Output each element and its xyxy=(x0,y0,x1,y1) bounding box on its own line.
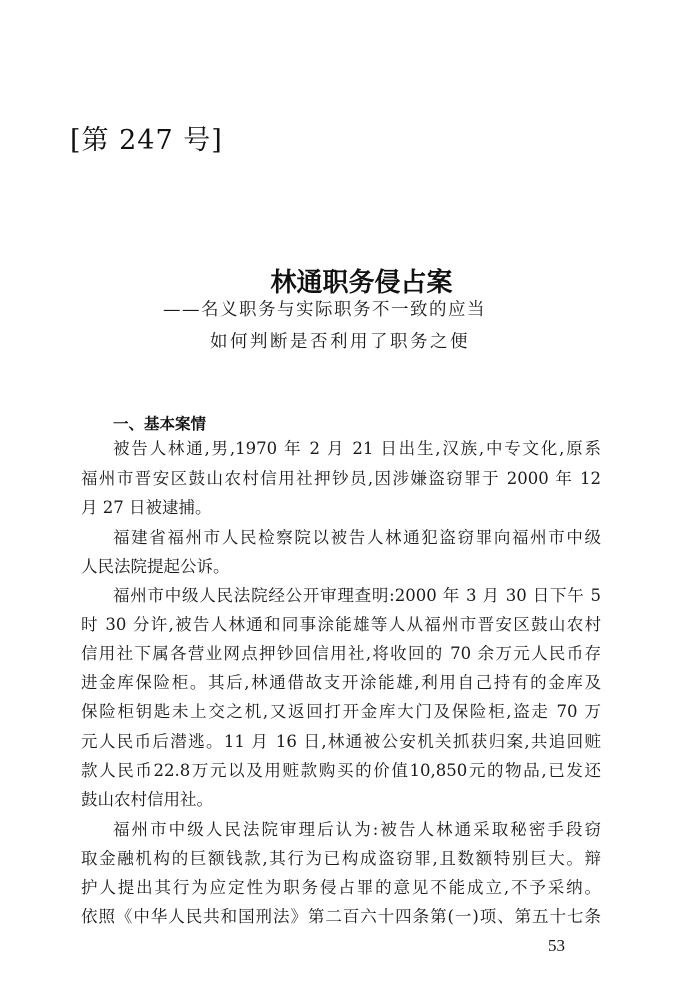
body-line: 福州市中级人民法院审理后认为:被告人林通采取秘密手段窃 xyxy=(113,819,601,841)
subtitle-line-2: 如何判断是否利用了职务之便 xyxy=(210,328,470,353)
body-line: 信用社下属各营业网点押钞回信用社,将收回的 70 余万元人民币存 xyxy=(81,643,601,665)
case-number: [第 247 号] xyxy=(70,118,223,157)
page-number: 53 xyxy=(548,936,565,956)
section-heading: 一、基本案情 xyxy=(113,412,206,434)
body-line: 福州市中级人民法院经公开审理查明:2000 年 3 月 30 日下午 5 xyxy=(113,585,601,607)
body-line: 福建省福州市人民检察院以被告人林通犯盗窃罪向福州市中级 xyxy=(113,527,601,549)
body-line: 人民法院提起公诉。 xyxy=(81,556,601,578)
body-line: 福州市晋安区鼓山农村信用社押钞员,因涉嫌盗窃罪于 2000 年 12 xyxy=(81,468,601,490)
body-line: 被告人林通,男,1970 年 2 月 21 日出生,汉族,中专文化,原系 xyxy=(113,438,601,460)
body-line: 进金库保险柜。其后,林通借故支开涂能雄,利用自己持有的金库及 xyxy=(81,672,601,694)
body-line: 鼓山农村信用社。 xyxy=(81,789,601,811)
body-line: 元人民币后潜逃。11 月 16 日,林通被公安机关抓获归案,共追回赃 xyxy=(81,731,601,753)
body-line: 护人提出其行为应定性为职务侵占罪的意见不能成立,不予采纳。 xyxy=(81,877,601,899)
subtitle-line-1: ——名义职务与实际职务不一致的应当 xyxy=(163,296,486,321)
body-line: 时 30 分许,被告人林通和同事涂能雄等人从福州市晋安区鼓山农村 xyxy=(81,614,601,636)
body-line: 保险柜钥匙未上交之机,又返回打开金库大门及保险柜,盗走 70 万 xyxy=(81,701,601,723)
body-line: 取金融机构的巨额钱款,其行为已构成盗窃罪,且数额特别巨大。辩 xyxy=(81,848,601,870)
case-title: 林通职务侵占案 xyxy=(0,262,683,299)
body-line: 款人民币22.8万元以及用赃款购买的价值10,850元的物品,已发还 xyxy=(81,760,601,782)
body-line: 依照《中华人民共和国刑法》第二百六十四条第(一)项、第五十七条 xyxy=(81,906,601,928)
body-line: 月 27 日被逮捕。 xyxy=(81,497,601,519)
